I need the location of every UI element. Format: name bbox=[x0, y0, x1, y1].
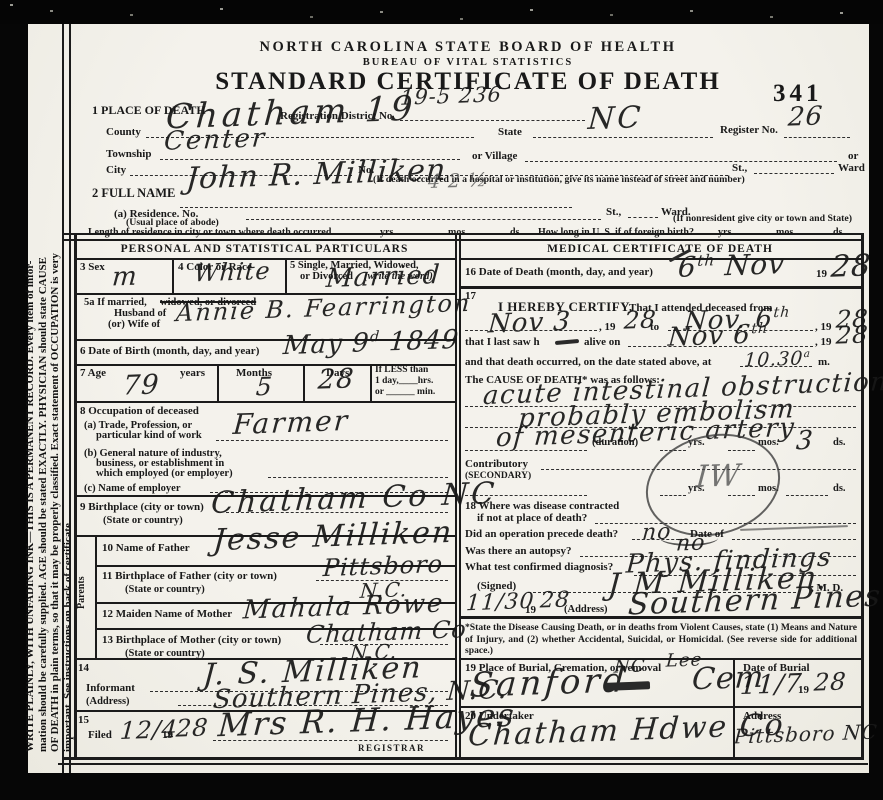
dob-day: May 9 bbox=[282, 328, 371, 361]
divider bbox=[180, 207, 572, 208]
informant-address-label: (Address) bbox=[86, 696, 130, 708]
county-label: County bbox=[106, 126, 141, 138]
divider bbox=[370, 364, 372, 401]
physician-address-value: Southern Pines bbox=[627, 582, 882, 621]
saw-day: Nov 6 bbox=[667, 320, 752, 353]
divider bbox=[465, 495, 587, 496]
signature-year-preprint: 19 bbox=[525, 604, 536, 616]
undertaker-address-value: Pittsboro NC bbox=[733, 721, 878, 746]
occupation-trade-value: Farmer bbox=[232, 407, 350, 439]
divider bbox=[62, 239, 864, 241]
divider bbox=[58, 763, 868, 765]
personal-column-header: PERSONAL AND STATISTICAL PARTICULARS bbox=[74, 243, 455, 256]
divider bbox=[784, 137, 850, 138]
occupation-trade-label: particular kind of work bbox=[96, 430, 202, 442]
divider bbox=[69, 24, 71, 773]
reviewer-initials: IW bbox=[695, 461, 742, 493]
marital-value: Married bbox=[325, 262, 441, 292]
divider bbox=[525, 161, 837, 162]
margin-line: WRITE PLAINLY, WITH UNFADING INK—THIS IS… bbox=[24, 62, 37, 752]
divider bbox=[628, 217, 658, 218]
last-saw-label: that I last saw h bbox=[465, 336, 540, 348]
dod-year-preprint: 19 bbox=[816, 268, 827, 280]
disease-contracted-label: if not at place of death? bbox=[477, 512, 587, 524]
dod-month: Nov bbox=[714, 247, 786, 283]
divider bbox=[62, 233, 864, 235]
sex-value: m bbox=[111, 264, 138, 291]
divider bbox=[459, 258, 861, 260]
birthplace-label: 9 Birthplace (city or town) bbox=[80, 501, 204, 513]
burial-place-value: Sanford bbox=[469, 663, 629, 703]
time-of-death-value: 10.30a bbox=[743, 349, 811, 371]
informant-label: Informant bbox=[86, 682, 135, 694]
bureau-subtitle: BUREAU OF VITAL STATISTICS bbox=[88, 57, 848, 69]
birthplace-sublabel: (State or country) bbox=[103, 515, 183, 527]
duration-days-value: 3 bbox=[795, 428, 814, 455]
margin-line: OF DEATH in plain terms, so that it may … bbox=[49, 62, 62, 752]
duration-ds-label: ds. bbox=[833, 483, 846, 495]
time-value: 10.30 bbox=[743, 347, 804, 371]
scan-edge-noise bbox=[0, 0, 883, 24]
dod-year-value: 28 bbox=[830, 251, 872, 282]
certificate-paper: WRITE PLAINLY, WITH UNFADING INK—THIS IS… bbox=[28, 24, 869, 773]
filed-number: 15 bbox=[78, 714, 89, 726]
scanned-death-certificate: WRITE PLAINLY, WITH UNFADING INK—THIS IS… bbox=[0, 0, 883, 800]
informant-number: 14 bbox=[78, 662, 89, 674]
state-value: NC bbox=[587, 103, 644, 135]
to-superscript: th bbox=[773, 304, 791, 321]
ink-scribble bbox=[606, 681, 650, 691]
last-saw-value: Nov 6th bbox=[667, 321, 769, 351]
time-am-mark: a bbox=[803, 348, 811, 360]
father-birthplace-sublabel: (State or country) bbox=[125, 584, 205, 596]
age-years-value: 79 bbox=[122, 371, 160, 399]
city-ward-label: Ward bbox=[838, 162, 865, 174]
mother-birthplace-label: 13 Birthplace of Mother (city or town) bbox=[102, 634, 281, 646]
test-confirmed-label: What test confirmed diagnosis? bbox=[465, 561, 613, 573]
register-no-value: 26 bbox=[787, 103, 824, 130]
divider bbox=[754, 173, 834, 174]
occupation-industry-label: which employed (or employer) bbox=[96, 468, 233, 480]
alive-on-label: alive on bbox=[584, 336, 620, 348]
disease-contracted-label: 18 Where was disease contracted bbox=[465, 500, 619, 512]
spouse-value: Annie B. Fearrington bbox=[175, 291, 472, 325]
or-label: or bbox=[848, 150, 858, 162]
full-name-label: 2 FULL NAME bbox=[92, 187, 175, 201]
father-name-label: 10 Name of Father bbox=[102, 542, 190, 554]
divider bbox=[213, 740, 448, 741]
burial-year-value: 28 bbox=[813, 669, 847, 694]
filed-label: Filed bbox=[88, 729, 112, 741]
village-label: or Village bbox=[472, 150, 517, 162]
divider bbox=[595, 523, 856, 524]
operation-value: no bbox=[641, 521, 672, 544]
medical-column-header: MEDICAL CERTIFICATE OF DEATH bbox=[459, 243, 861, 256]
burial-year-preprint: 19 bbox=[798, 684, 809, 696]
saw-superscript: th bbox=[751, 321, 769, 338]
parents-group-label: Parents bbox=[76, 576, 87, 609]
undertaker-address-label: Address bbox=[743, 710, 781, 722]
dod-superscript: th bbox=[697, 251, 716, 270]
mother-birthplace-sublabel: (State or country) bbox=[125, 648, 205, 660]
divider bbox=[786, 495, 828, 496]
dob-value: May 9d 1849 bbox=[282, 327, 460, 359]
age-years-label: years bbox=[180, 367, 205, 379]
autopsy-label: Was there an autopsy? bbox=[465, 545, 571, 557]
divider bbox=[465, 450, 587, 451]
register-no-label: Register No. bbox=[720, 124, 778, 136]
year-preprint: , 19 bbox=[815, 321, 832, 333]
attended-from-value: Nov 3 bbox=[487, 309, 572, 338]
city-st-label: St., bbox=[732, 162, 747, 174]
wife-of-label: (or) Wife of bbox=[108, 319, 160, 331]
date-of-death-label: 16 Date of Death (month, day, and year) bbox=[465, 266, 653, 278]
less-than-label: If LESS than bbox=[375, 365, 428, 375]
filed-year-preprint: 19 bbox=[162, 729, 173, 741]
registrar-label: REGISTRAR bbox=[358, 744, 425, 754]
certify-number: 17 bbox=[465, 290, 476, 302]
burial-date-value: 11/7 bbox=[739, 671, 803, 699]
age-days-value: 28 bbox=[317, 365, 355, 393]
death-occurred-label: and that death occurred, on the date sta… bbox=[465, 356, 711, 368]
father-birthplace-value: Pittsboro bbox=[322, 552, 444, 580]
secondary-label: (SECONDARY) bbox=[465, 471, 531, 481]
address-label: (Address) bbox=[564, 604, 608, 616]
duration-label: (duration) bbox=[592, 437, 638, 449]
mother-name-label: 12 Maiden Name of Mother bbox=[102, 608, 232, 620]
father-birthplace-label: 11 Birthplace of Father (city or town) bbox=[102, 570, 277, 582]
divider bbox=[459, 286, 861, 289]
age-label: 7 Age bbox=[80, 367, 106, 379]
margin-line: mation should be carefully supplied. AGE… bbox=[37, 62, 50, 752]
ink-scribble bbox=[740, 525, 848, 531]
less-than-label: 1 day,____hrs. bbox=[375, 376, 433, 386]
full-name-annotation: 4 2 ½ bbox=[427, 171, 488, 192]
age-months-value: 5 bbox=[255, 374, 274, 400]
margin-instructions: WRITE PLAINLY, WITH UNFADING INK—THIS IS… bbox=[24, 62, 74, 752]
divider bbox=[400, 120, 585, 121]
date-of-death-value: 6th Nov bbox=[677, 250, 786, 282]
board-title: NORTH CAROLINA STATE BOARD OF HEALTH bbox=[88, 40, 848, 56]
nonresident-note: (If nonresident give city or town and St… bbox=[673, 214, 852, 225]
township-value: Center bbox=[163, 125, 267, 155]
divider bbox=[459, 658, 861, 660]
divider bbox=[303, 364, 305, 401]
city-label: City bbox=[106, 164, 126, 176]
race-value: White bbox=[193, 259, 271, 286]
township-label: Township bbox=[106, 148, 151, 160]
filed-year-value: 28 bbox=[175, 715, 209, 740]
residence-st-label: St., bbox=[606, 206, 621, 218]
m-label: m. bbox=[818, 356, 830, 368]
married-to-label: 5a If married, bbox=[84, 297, 147, 309]
ink-scribble bbox=[555, 339, 579, 345]
last-saw-year: 28 bbox=[835, 322, 869, 347]
divider bbox=[217, 364, 219, 401]
contributory-label: Contributory bbox=[465, 458, 528, 470]
divider bbox=[285, 258, 287, 293]
dob-superscript: d bbox=[369, 329, 380, 345]
duration-ds-label: ds. bbox=[833, 437, 846, 449]
husband-of-label: Husband of bbox=[114, 308, 166, 320]
cause-footnote: *State the Disease Causing Death, or in … bbox=[465, 622, 857, 657]
divider bbox=[95, 535, 97, 658]
state-label: State bbox=[498, 126, 522, 138]
year-preprint: , 19 bbox=[599, 321, 616, 333]
divider bbox=[62, 24, 64, 773]
less-than-label: or ______ min. bbox=[375, 387, 435, 397]
divider bbox=[732, 539, 856, 540]
year-preprint: , 19 bbox=[815, 336, 832, 348]
to-label: to bbox=[650, 321, 659, 333]
divider bbox=[246, 219, 601, 220]
sex-label: 3 Sex bbox=[80, 261, 105, 273]
occupation-label: 8 Occupation of deceased bbox=[80, 405, 199, 417]
dod-day: 6 bbox=[677, 250, 698, 284]
divider bbox=[172, 258, 174, 293]
dob-label: 6 Date of Birth (month, day, and year) bbox=[80, 345, 259, 357]
operation-label: Did an operation precede death? bbox=[465, 528, 618, 540]
divider bbox=[459, 706, 861, 708]
divider bbox=[62, 757, 864, 760]
employer-label: (c) Name of employer bbox=[84, 483, 181, 495]
burial-place-state-note: NC bbox=[613, 657, 646, 676]
dob-year: 1849 bbox=[388, 325, 460, 358]
divider bbox=[465, 330, 597, 331]
full-name-value: John R. Milliken bbox=[185, 155, 447, 194]
divider bbox=[533, 137, 713, 138]
